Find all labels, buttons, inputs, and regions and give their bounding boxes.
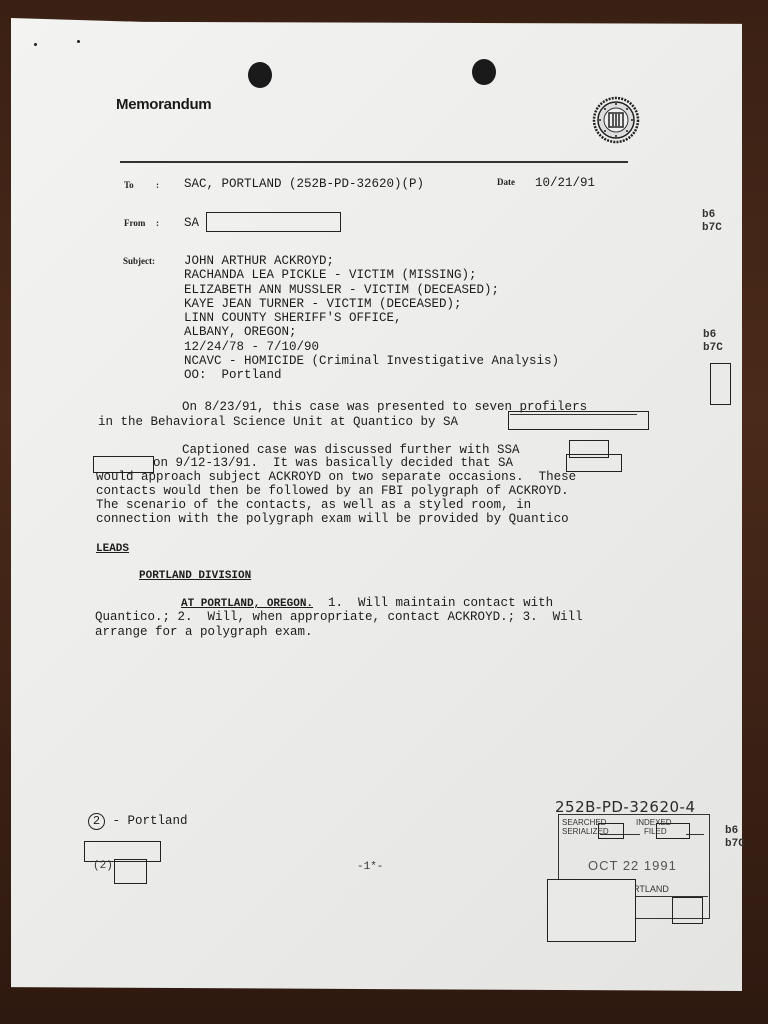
date-label: Date — [497, 177, 515, 187]
body-text: contacts would then be followed by an FB… — [96, 484, 569, 498]
paper-speck — [77, 40, 80, 43]
redaction-box — [206, 212, 341, 232]
leads-heading: LEADS — [96, 542, 129, 556]
exemption-code: b6b7C — [702, 209, 722, 235]
from-label: From — [124, 218, 145, 228]
redaction-box — [672, 897, 703, 924]
subject-label: Subject: — [123, 256, 155, 266]
date-value: 10/21/91 — [535, 176, 595, 190]
body-text: on 9/12-13/91. It was basically decided … — [153, 456, 513, 470]
from-value: SA — [184, 216, 199, 230]
to-value: SAC, PORTLAND (252B-PD-32620)(P) — [184, 177, 424, 191]
copy-count: 2 — [88, 813, 105, 830]
memo-title: Memorandum — [116, 96, 211, 113]
body-text: connection with the polygraph exam will … — [96, 512, 569, 526]
page-number: -1*- — [357, 861, 383, 873]
copy-paren: (2) — [93, 860, 113, 872]
copy-distribution: 2 - Portland — [88, 813, 188, 830]
exemption-code: b6b7C — [703, 329, 723, 355]
subject-block: JOHN ARTHUR ACKROYD; RACHANDA LEA PICKLE… — [184, 254, 559, 383]
from-colon: : — [156, 218, 159, 228]
paper-speck — [34, 43, 37, 46]
subject-line: 12/24/78 - 7/10/90 — [184, 340, 559, 354]
subject-line: NCAVC - HOMICIDE (Criminal Investigative… — [184, 354, 559, 368]
subject-line: KAYE JEAN TURNER - VICTIM (DECEASED); — [184, 297, 559, 311]
body-text: in the Behavioral Science Unit at Quanti… — [98, 415, 458, 429]
subject-line: ALBANY, OREGON; — [184, 325, 559, 339]
leads-line: arrange for a polygraph exam. — [95, 625, 313, 639]
subject-line: LINN COUNTY SHERIFF'S OFFICE, — [184, 311, 559, 325]
stamp-date: OCT 22 1991 — [588, 858, 677, 873]
body-text: The scenario of the contacts, as well as… — [96, 498, 531, 512]
redaction-box — [598, 823, 624, 839]
redaction-box — [656, 823, 690, 839]
subject-line: OO: Portland — [184, 368, 559, 382]
to-label: To — [124, 180, 134, 190]
subject-line: RACHANDA LEA PICKLE - VICTIM (MISSING); — [184, 268, 559, 282]
subject-line: JOHN ARTHUR ACKROYD; — [184, 254, 559, 268]
header-divider — [120, 161, 628, 163]
copy-destination: - Portland — [113, 814, 188, 828]
redaction-box — [508, 411, 649, 430]
leads-line: Quantico.; 2. Will, when appropriate, co… — [95, 610, 583, 624]
lead-text: 1. Will maintain contact with — [313, 596, 553, 610]
exemption-code: b6b7C — [725, 825, 745, 851]
fbi-seal-icon — [592, 96, 640, 144]
subject-line: ELIZABETH ANN MUSSLER - VICTIM (DECEASED… — [184, 283, 559, 297]
punch-hole — [472, 59, 496, 85]
lead-location: AT PORTLAND, OREGON. — [181, 598, 313, 610]
body-text: would approach subject ACKROYD on two se… — [96, 470, 576, 484]
redaction-box — [547, 879, 636, 942]
division-heading: PORTLAND DIVISION — [139, 569, 251, 583]
leads-line: AT PORTLAND, OREGON. 1. Will maintain co… — [181, 596, 553, 611]
redaction-box — [114, 859, 147, 884]
stamp-office: RTLAND — [633, 885, 669, 894]
punch-hole — [248, 62, 272, 88]
redaction-box — [710, 363, 731, 405]
to-colon: : — [156, 180, 159, 190]
